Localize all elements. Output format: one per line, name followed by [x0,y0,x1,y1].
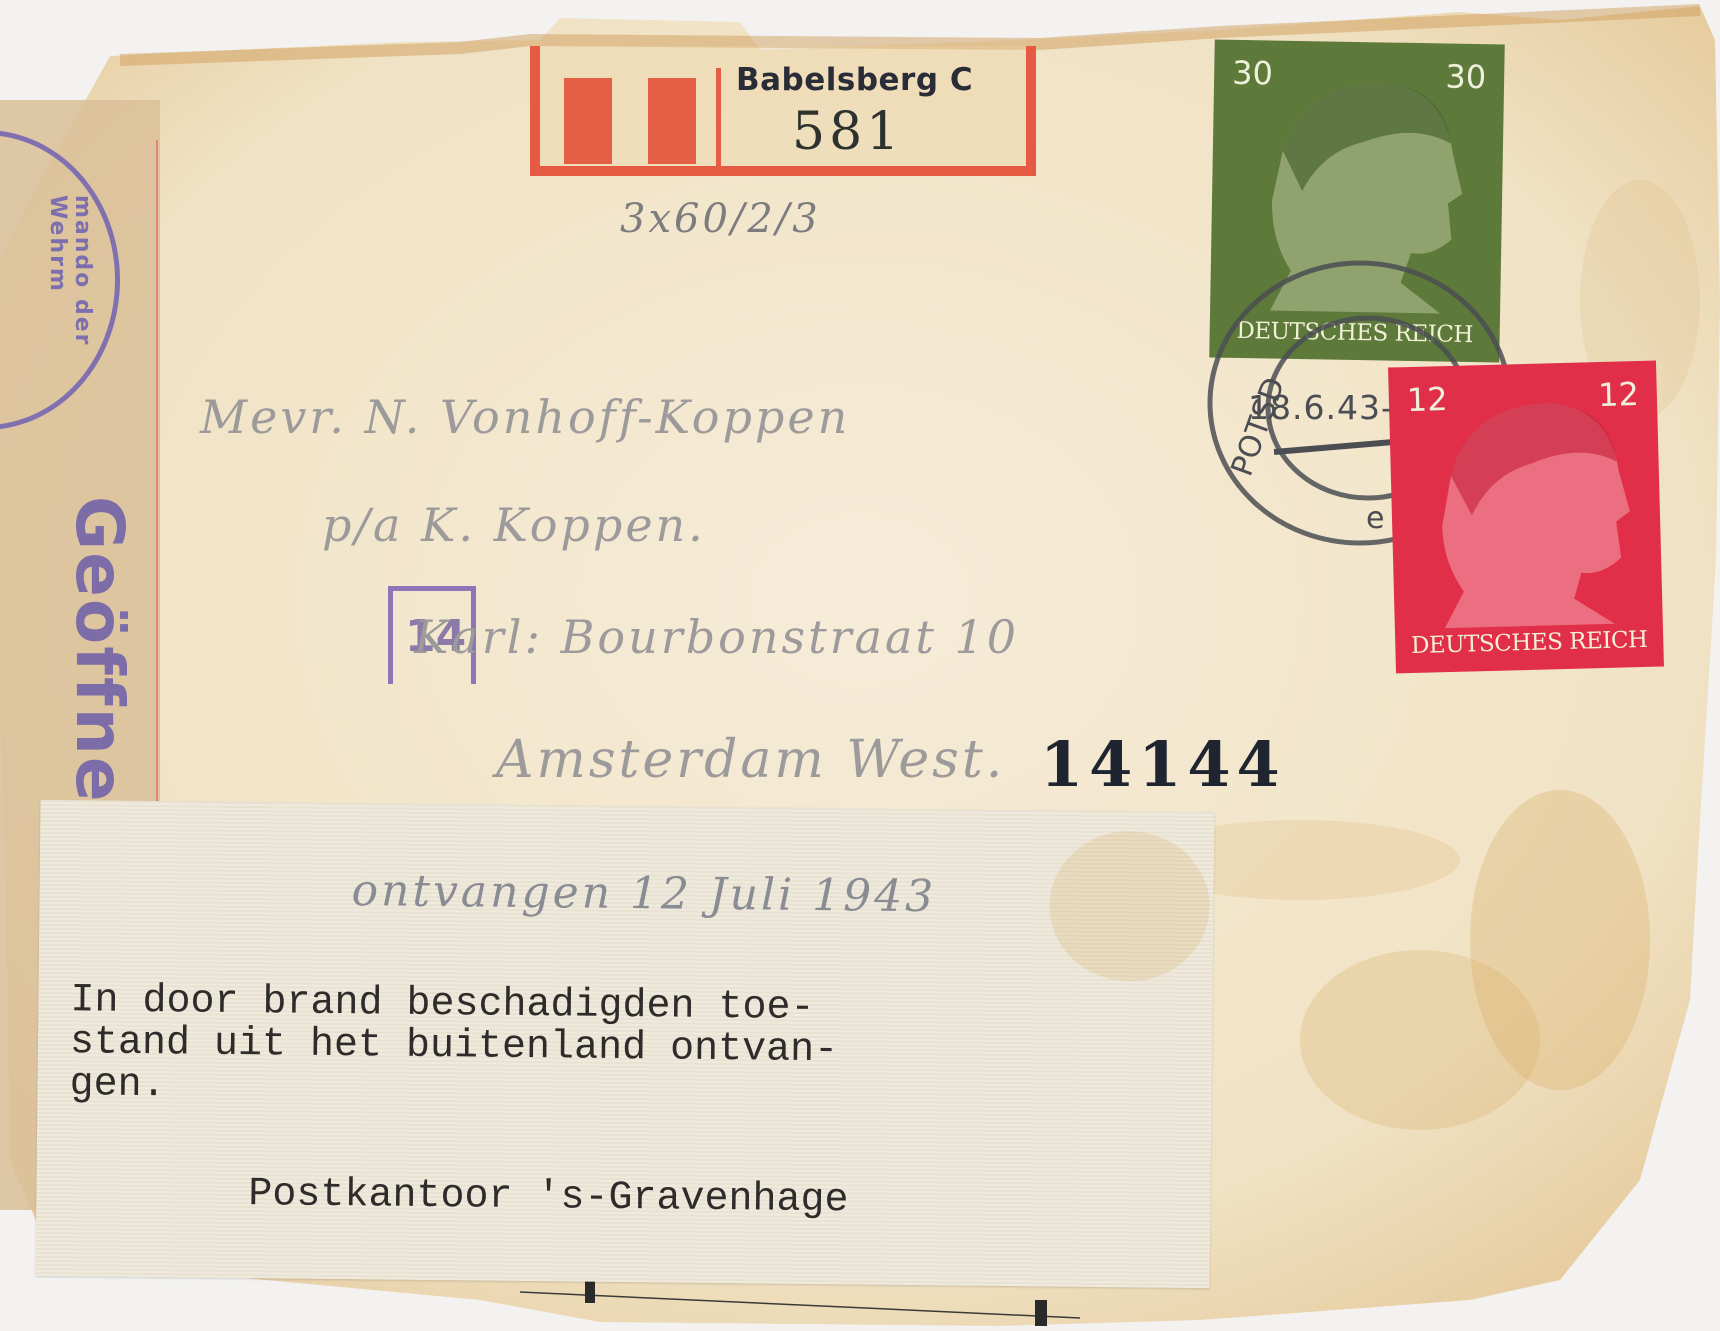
registration-number: 581 [792,102,903,162]
address-line: p/a K. Koppen. [322,498,706,552]
registration-r-icon [564,78,612,164]
censor-label: Geöffnet [32,496,152,816]
post-office-slip: ontvangen 12 Juli 1943 In door brand bes… [36,800,1215,1288]
registration-r-icon [648,78,696,164]
serial-number: 14144 [1040,728,1286,801]
registration-divider [716,68,721,168]
address-line: Mevr. N. Vonhoff-Koppen [200,390,850,444]
stamp-value: 12 [1406,380,1448,419]
registration-label: Babelsberg C 581 [528,38,1038,186]
slip-line: stand uit het buitenland ontvan- [70,1020,839,1073]
slip-signoff: Postkantoor 's-Gravenhage [248,1172,849,1223]
received-note: ontvangen 12 Juli 1943 [351,865,936,922]
censor-label-text: Geöffnet [61,496,138,837]
stain [1049,830,1211,982]
stamp-value: 12 [1598,375,1640,414]
stamp-value: 30 [1232,54,1273,93]
slip-line: gen. [69,1062,165,1108]
censor-seal-text: mando der Wehrm [45,195,95,425]
pencil-reference: 3x60/2/3 [620,196,821,242]
registration-office: Babelsberg C [736,62,973,98]
stamp-12-red: 12 12 DEUTSCHES REICH [1388,361,1664,674]
address-line: Amsterdam West. [496,730,1005,790]
address-line: Karl: Bourbonstraat 10 [414,610,1019,664]
slip-typed-text: In door brand beschadigden toe- stand ui… [69,980,838,1114]
stamp-value: 30 [1445,58,1486,97]
svg-text:e: e [1366,501,1384,536]
